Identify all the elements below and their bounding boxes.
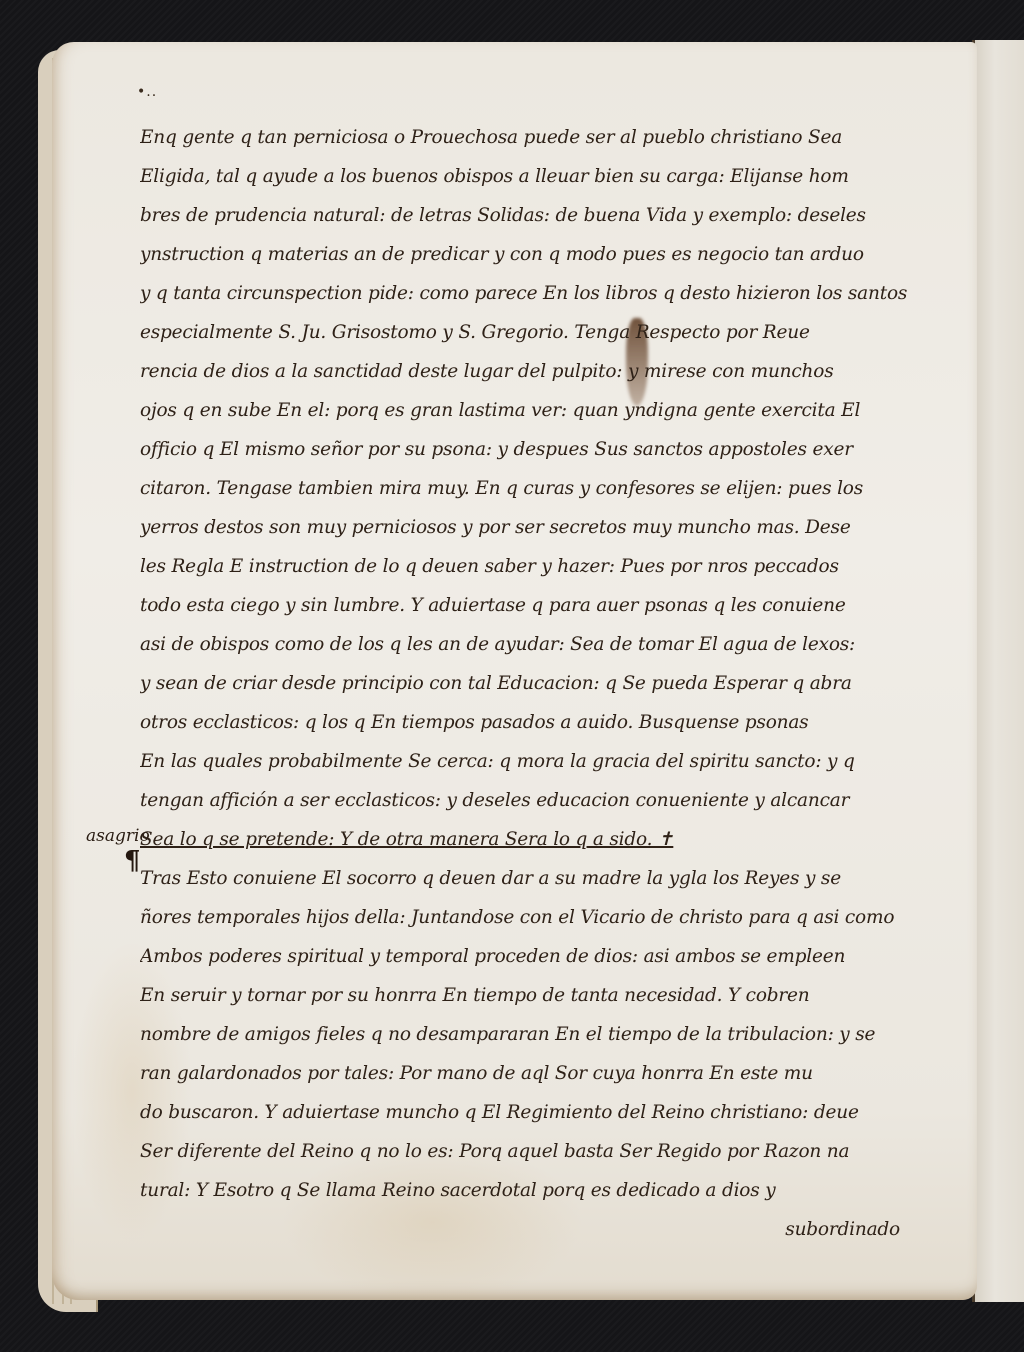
- text-line: En seruir y tornar por su honrra En tiem…: [140, 976, 960, 1015]
- text-line: ran galardonados por tales: Por mano de …: [140, 1054, 960, 1093]
- text-line: y q tanta circunspection pide: como pare…: [140, 274, 960, 313]
- text-line: tural: Y Esotro q Se llama Reino sacerdo…: [140, 1171, 960, 1210]
- text-line: especialmente S. Ju. Grisostomo y S. Gre…: [140, 313, 960, 352]
- text-line: officio q El mismo señor por su psona: y…: [140, 430, 960, 469]
- text-line: todo esta ciego y sin lumbre. Y aduierta…: [140, 586, 960, 625]
- text-line: do buscaron. Y aduiertase muncho q El Re…: [140, 1093, 960, 1132]
- text-line: tengan affición a ser ecclasticos: y des…: [140, 781, 960, 820]
- text-line: Enq gente q tan perniciosa o Prouechosa …: [140, 118, 960, 157]
- text-line: Eligida, tal q ayude a los buenos obispo…: [140, 157, 960, 196]
- text-line: les Regla E instruction de lo q deuen sa…: [140, 547, 960, 586]
- text-line: nombre de amigos fieles q no desamparara…: [140, 1015, 960, 1054]
- facing-page-sliver: [975, 40, 1024, 1302]
- text-line: En las quales probabilmente Se cerca: q …: [140, 742, 960, 781]
- text-line: asi de obispos como de los q les an de a…: [140, 625, 960, 664]
- text-line: otros ecclasticos: q los q En tiempos pa…: [140, 703, 960, 742]
- text-line: Ser diferente del Reino q no lo es: Porq…: [140, 1132, 960, 1171]
- text-line: yerros destos son muy perniciosos y por …: [140, 508, 960, 547]
- text-line: y sean de criar desde principio con tal …: [140, 664, 960, 703]
- text-line: Ambos poderes spiritual y temporal proce…: [140, 937, 960, 976]
- handwritten-text-block: Enq gente q tan perniciosa o Prouechosa …: [140, 118, 960, 1249]
- text-line: ojos q en sube En el: porq es gran lasti…: [140, 391, 960, 430]
- text-line-underlined: Sea lo q se pretende: Y de otra manera S…: [140, 820, 960, 859]
- folio-mark: •..: [137, 84, 157, 100]
- text-line: citaron. Tengase tambien mira muy. En q …: [140, 469, 960, 508]
- pilcrow-icon: ¶: [124, 846, 141, 876]
- catchword: subordinado: [140, 1210, 960, 1249]
- text-line: bres de prudencia natural: de letras Sol…: [140, 196, 960, 235]
- text-line: ñores temporales hijos della: Juntandose…: [140, 898, 960, 937]
- text-line: ynstruction q materias an de predicar y …: [140, 235, 960, 274]
- text-line: Tras Esto conuiene El socorro q deuen da…: [140, 859, 960, 898]
- margin-annotation: asagrio: [86, 826, 150, 846]
- text-line: rencia de dios a la sanctidad deste luga…: [140, 352, 960, 391]
